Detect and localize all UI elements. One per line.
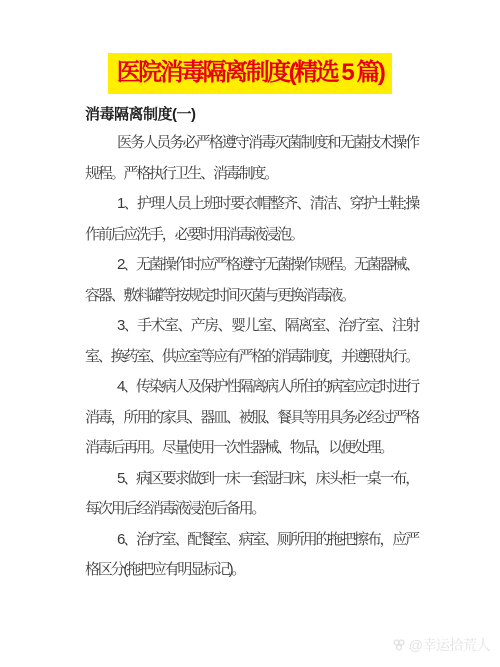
- paragraph: 2、无菌操作时应严格遵守无菌操作规程。无菌器械、容器、敷料罐等按规定时间灭菌与更…: [85, 250, 418, 311]
- body-text: 医务人员务必严格遵守消毒灭菌制度和无菌技术操作规程。严格执行卫生、消毒制度。1、…: [85, 128, 418, 586]
- title-row: 医院消毒隔离制度(精选 5 篇): [0, 53, 500, 94]
- paragraph: 医务人员务必严格遵守消毒灭菌制度和无菌技术操作规程。严格执行卫生、消毒制度。: [85, 128, 418, 189]
- paragraph: 3、手术室、产房、婴儿室、隔离室、治疗室、注射室、换药室、供应室等应有严格的消毒…: [85, 311, 418, 372]
- watermark: @幸运拾荒人: [392, 635, 490, 655]
- section-subtitle: 消毒隔离制度(一): [85, 103, 196, 124]
- paragraph: 1、护理人员上班时要衣帽整齐、清洁、穿护士鞋;操作前后应洗手，必要时用消毒液浸泡…: [85, 189, 418, 250]
- paragraph: 4、传染病人及保护性隔离病人所住的病室应定时进行消毒，所用的家具、器皿、被服、餐…: [85, 372, 418, 464]
- document-page: 医院消毒隔离制度(精选 5 篇) 消毒隔离制度(一) 医务人员务必严格遵守消毒灭…: [0, 0, 500, 667]
- paragraph: 5、病区要求做到一床一套湿扫床，床头柜一桌一布，每次用后经消毒液浸泡后备用。: [85, 464, 418, 525]
- watermark-logo-icon: [392, 638, 406, 652]
- page-title: 医院消毒隔离制度(精选 5 篇): [108, 53, 393, 94]
- paragraph: 6、治疗室、配餐室、病室、厕所用的拖把擦布，应严格区分(拖把应有明显标记)。: [85, 525, 418, 586]
- watermark-text: @幸运拾荒人: [409, 635, 490, 655]
